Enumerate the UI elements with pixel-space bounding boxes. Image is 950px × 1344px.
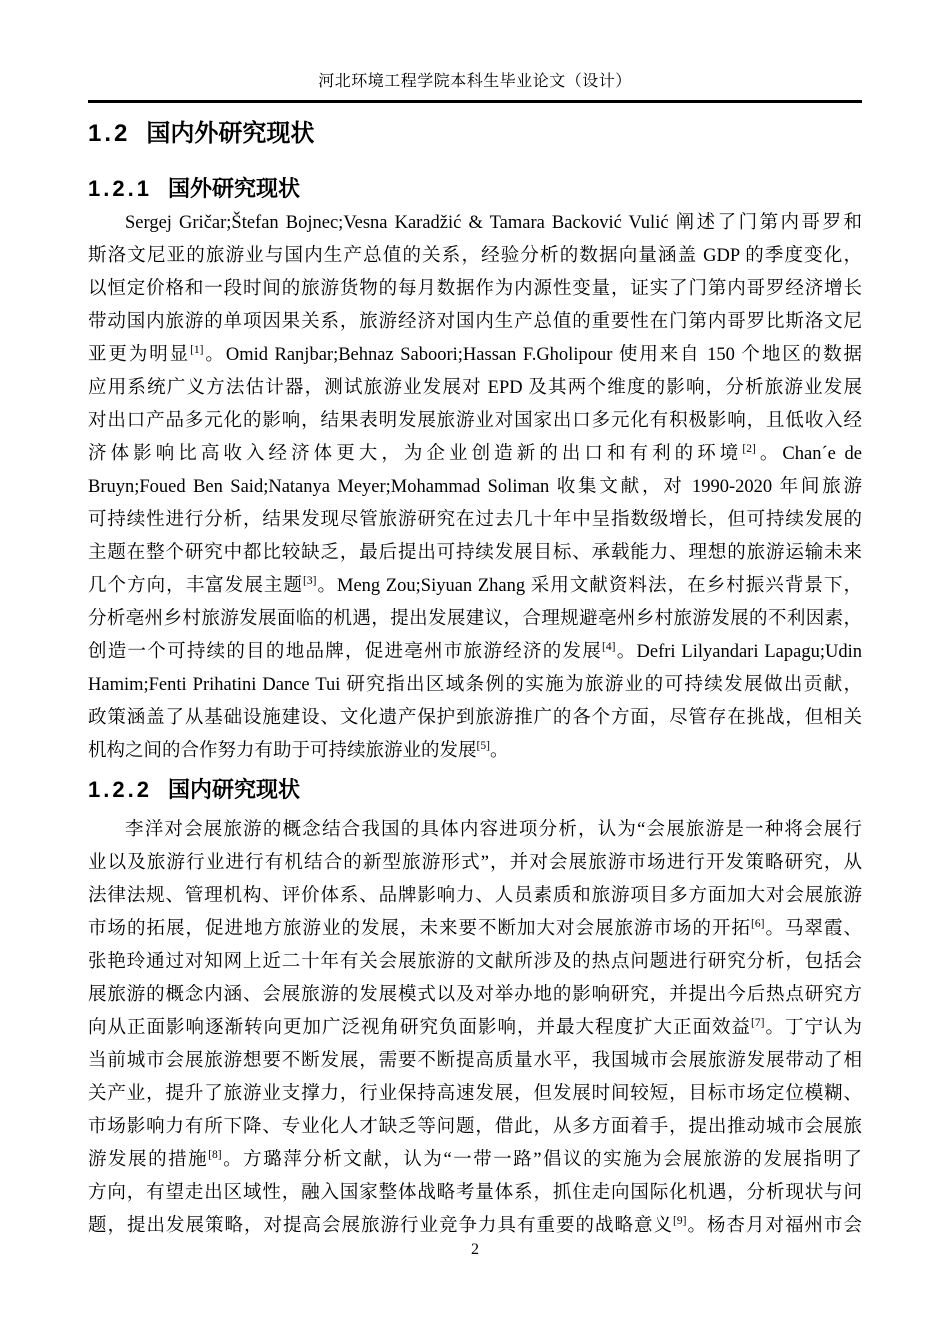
section-number: 1.2: [88, 120, 130, 147]
text-line: Bruyn;Foued Ben Said;Natanya Meyer;Moham…: [88, 471, 862, 504]
subsection-heading-1-2-1: 1.2.1国外研究现状: [88, 175, 862, 203]
header-title: 河北环境工程学院本科生毕业论文（设计）: [88, 0, 862, 92]
text-line: 当前城市会展旅游想要不断发展，需要不断提高质量水平，我国城市会展旅游发展带动了相: [88, 1045, 862, 1078]
text-line: 关产业，提升了旅游业支撑力，行业保持高速发展，但发展时间较短，目标市场定位模糊、: [88, 1078, 862, 1111]
text-line: 济体影响比高收入经济体更大，为企业创造新的出口和有利的环境[2]。Chan´e …: [88, 438, 862, 471]
text-line: 亚更为明显[1]。Omid Ranjbar;Behnaz Saboori;Has…: [88, 339, 862, 372]
text-line: 分析亳州乡村旅游发展面临的机遇，提出发展建议，合理规避亳州乡村旅游发展的不利因素…: [88, 603, 862, 636]
text-line: 题，提出发展策略，对提高会展旅游行业竞争力具有重要的战略意义[9]。杨杏月对福州…: [88, 1210, 862, 1243]
document-page: 河北环境工程学院本科生毕业论文（设计） 1.2国内外研究现状 1.2.1国外研究…: [0, 0, 950, 1344]
text-line: 机构之间的合作努力有助于可持续旅游业的发展[5]。: [88, 735, 862, 768]
text-line: 市场的拓展，促进地方旅游业的发展，未来要不断加大对会展旅游市场的开拓[6]。马翠…: [88, 913, 862, 946]
page-footer: 2: [0, 1240, 950, 1260]
text-line: Hamim;Fenti Prihatini Dance Tui 研究指出区域条例…: [88, 669, 862, 702]
subsection-heading-1-2-2: 1.2.2国内研究现状: [88, 776, 862, 804]
text-line: 游发展的措施[8]。方璐萍分析文献，认为“一带一路”倡议的实施为会展旅游的发展指…: [88, 1144, 862, 1177]
text-line: 创造一个可持续的目的地品牌，促进亳州市旅游经济的发展[4]。Defri Lily…: [88, 636, 862, 669]
citation-marker: [6]: [751, 918, 764, 930]
citation-marker: [1]: [190, 344, 203, 356]
text-line: 以恒定价格和一段时间的旅游货物的每月数据作为内源性变量，证实了门第内哥罗经济增长: [88, 273, 862, 306]
text-line: 可持续性进行分析，结果发现尽管旅游研究在过去几十年中呈指数级增长，但可持续发展的: [88, 504, 862, 537]
citation-marker: [4]: [602, 641, 615, 653]
subsection-title: 国内研究现状: [168, 777, 300, 802]
subsection-title: 国外研究现状: [168, 176, 300, 201]
citation-marker: [7]: [751, 1017, 764, 1029]
citation-marker: [5]: [477, 740, 490, 752]
text-line: 斯洛文尼亚的旅游业与国内生产总值的关系，经验分析的数据向量涵盖 GDP 的季度变…: [88, 240, 862, 273]
text-line: 带动国内旅游的单项因果关系，旅游经济对国内生产总值的重要性在门第内哥罗比斯洛文尼: [88, 306, 862, 339]
section-heading-1-2: 1.2国内外研究现状: [88, 119, 862, 149]
text-line: 应用系统广义方法估计器，测试旅游业发展对 EPD 及其两个维度的影响，分析旅游业…: [88, 372, 862, 405]
subsection-number: 1.2.1: [88, 176, 152, 201]
text-line: 法律法规、管理机构、评价体系、品牌影响力、人员素质和旅游项目多方面加大对会展旅游: [88, 880, 862, 913]
paragraph-domestic-research: 李洋对会展旅游的概念结合我国的具体内容进项分析，认为“会展旅游是一种将会展行业以…: [88, 814, 862, 1243]
citation-marker: [9]: [673, 1215, 686, 1227]
text-line: 向从正面影响逐渐转向更加广泛视角研究负面影响，并最大程度扩大正面效益[7]。丁宁…: [88, 1012, 862, 1045]
text-line: 市场影响力有所下降、专业化人才缺乏等问题，借此，从多方面着手，提出推动城市会展旅: [88, 1111, 862, 1144]
citation-marker: [3]: [303, 575, 316, 587]
section-title: 国内外研究现状: [146, 120, 314, 147]
text-line: 张艳玲通过对知网上近二十年有关会展旅游的文献所涉及的热点问题进行研究分析，包括会: [88, 946, 862, 979]
citation-marker: [8]: [208, 1149, 221, 1161]
text-line: 主题在整个研究中都比较缺乏，最后提出可持续发展目标、承载能力、理想的旅游运输未来: [88, 537, 862, 570]
text-line: 方向，有望走出区域性，融入国家整体战略考量体系，抓住走向国际化机遇，分析现状与问: [88, 1177, 862, 1210]
citation-marker: [2]: [742, 443, 755, 455]
page-number: 2: [471, 1241, 479, 1258]
paragraph-foreign-research: Sergej Gričar;Štefan Bojnec;Vesna Karadž…: [88, 207, 862, 768]
text-line: Sergej Gričar;Štefan Bojnec;Vesna Karadž…: [88, 207, 862, 240]
text-line: 展旅游的概念内涵、会展旅游的发展模式以及对举办地的影响研究，并提出今后热点研究方: [88, 979, 862, 1012]
text-line: 政策涵盖了从基础设施建设、文化遗产保护到旅游推广的各个方面，尽管存在挑战，但相关: [88, 702, 862, 735]
text-line: 几个方向，丰富发展主题[3]。Meng Zou;Siyuan Zhang 采用文…: [88, 570, 862, 603]
subsection-number: 1.2.2: [88, 777, 152, 802]
running-header: 河北环境工程学院本科生毕业论文（设计）: [88, 0, 862, 103]
text-line: 李洋对会展旅游的概念结合我国的具体内容进项分析，认为“会展旅游是一种将会展行: [88, 814, 862, 847]
text-line: 对出口产品多元化的影响，结果表明发展旅游业对国家出口多元化有积极影响，且低收入经: [88, 405, 862, 438]
text-line: 业以及旅游行业进行有机结合的新型旅游形式”，并对会展旅游市场进行开发策略研究，从: [88, 847, 862, 880]
header-rule: [88, 100, 862, 103]
